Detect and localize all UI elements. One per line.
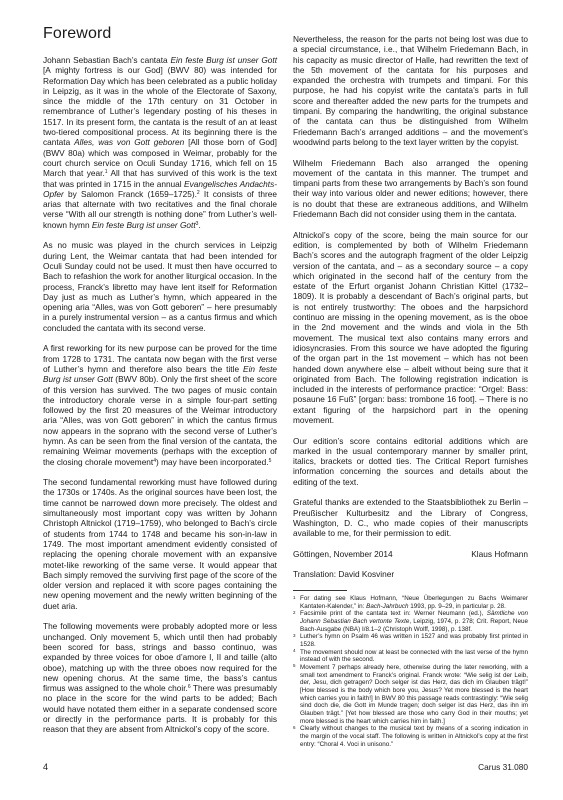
body-paragraph: Nevertheless, the reason for the parts n… — [293, 34, 528, 147]
footnote-ref: 2 — [197, 190, 200, 196]
footnote-ref: 3 — [196, 221, 199, 227]
body-paragraph: Our edition’s score contains editorial a… — [293, 436, 528, 487]
footnote-number: 2 — [293, 609, 296, 617]
right-column-body: Nevertheless, the reason for the parts n… — [293, 34, 528, 539]
italic-title: Ein feste Burg ist unser Gott — [92, 220, 196, 230]
italic-title: Bach-Jahrbuch — [366, 603, 408, 610]
footnote-ref: 1 — [105, 169, 108, 175]
footnote-number: 3 — [293, 632, 296, 640]
footnote-number: 5 — [293, 662, 296, 670]
footnote-number: 4 — [293, 647, 296, 655]
body-paragraph: The second fundamental reworking must ha… — [43, 477, 277, 611]
italic-title: Ein feste Burg ist unser Gott — [43, 364, 277, 384]
footnote-ref: 5 — [269, 458, 272, 464]
body-paragraph: Johann Sebastian Bach’s cantata Ein fest… — [43, 55, 277, 230]
signature-line: Göttingen, November 2014 Klaus Hofmann — [293, 549, 528, 559]
page-title: Foreword — [43, 25, 111, 43]
place-date: Göttingen, November 2014 — [293, 549, 393, 559]
author-name: Klaus Hofmann — [471, 549, 528, 559]
body-paragraph: As no music was played in the church ser… — [43, 240, 277, 333]
right-column: Nevertheless, the reason for the parts n… — [293, 34, 528, 748]
italic-title: Ein feste Burg ist unser Gott — [171, 55, 278, 65]
body-paragraph: A first reworking for its new purpose ca… — [43, 343, 277, 467]
catalog-number: Carus 31.080 — [478, 762, 528, 772]
italic-title: Alles, was von Gott geboren — [74, 137, 184, 147]
footnote-divider — [293, 590, 347, 591]
footnote-item: 5Movement 7 perhaps already here, otherw… — [293, 664, 528, 725]
footnote-ref: 4 — [153, 458, 156, 464]
body-paragraph: Wilhelm Friedemann Bach also arranged th… — [293, 158, 528, 220]
footnote-number: 6 — [293, 724, 296, 732]
footnotes-list: 1For dating see Klaus Hofmann, “Neue Übe… — [293, 595, 528, 748]
italic-title: Evangelisches Andachts-Opfer — [43, 179, 277, 199]
body-paragraph: Grateful thanks are extended to the Staa… — [293, 497, 528, 538]
page-number: 4 — [43, 762, 48, 772]
footnote-ref: 6 — [188, 684, 191, 690]
footnote-item: 2Facsimile print of the cantata text in:… — [293, 610, 528, 633]
footnote-item: 3Luther’s hymn on Psalm 46 was written i… — [293, 633, 528, 648]
footnote-item: 6Clearly without changes to the musical … — [293, 725, 528, 748]
footnote-item: 4The movement should now at least be con… — [293, 649, 528, 664]
body-paragraph: The following movements were probably ad… — [43, 621, 277, 734]
body-paragraph: Altnickol’s copy of the score, being the… — [293, 230, 528, 426]
footnote-item: 1For dating see Klaus Hofmann, “Neue Übe… — [293, 595, 528, 610]
translator-credit: Translation: David Kosviner — [293, 569, 528, 579]
document-page: Foreword Johann Sebastian Bach’s cantata… — [0, 0, 563, 800]
italic-title: Sämtliche von Johann Sebastian Bach vert… — [300, 610, 528, 625]
footnote-number: 1 — [293, 594, 296, 602]
left-column: Johann Sebastian Bach’s cantata Ein fest… — [43, 55, 277, 745]
